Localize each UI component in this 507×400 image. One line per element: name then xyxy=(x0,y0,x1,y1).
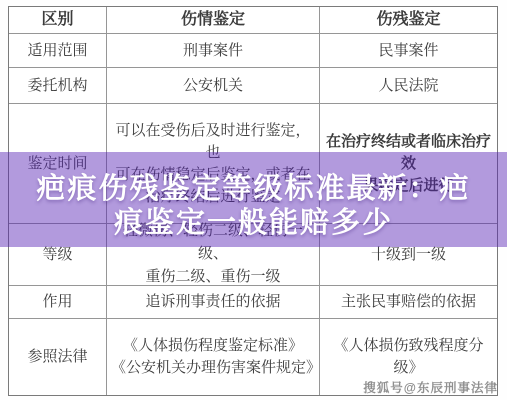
header-injury-assessment: 伤情鉴定 xyxy=(106,7,319,33)
header-disability-assessment: 伤残鉴定 xyxy=(319,7,497,33)
disability-role-cell: 主张民事赔偿的依据 xyxy=(319,286,497,318)
title-overlay-band: 疤痕伤残鉴定等级标准最新：疤 痕鉴定一般能赔多少 xyxy=(0,152,507,247)
disability-scope-cell: 民事案件 xyxy=(319,34,497,67)
table-row-agency: 委托机构 公安机关 人民法院 xyxy=(9,67,497,103)
header-difference: 区别 xyxy=(9,7,106,33)
injury-law-cell: 《人体损伤程度鉴定标准》 《公安机关办理伤害案件规定》 xyxy=(106,319,319,395)
injury-agency-cell: 公安机关 xyxy=(106,68,319,103)
table-row-role: 作用 追诉刑事责任的依据 主张民事赔偿的依据 xyxy=(9,285,497,318)
injury-scope-cell: 刑事案件 xyxy=(106,34,319,67)
page: 区别 伤情鉴定 伤残鉴定 适用范围 刑事案件 民事案件 委托机构 公安机关 人民… xyxy=(0,0,507,400)
watermark-sohu-account: 搜狐号@东辰刑事法律 xyxy=(363,378,498,396)
row-label-law: 参照法律 xyxy=(9,319,106,395)
injury-role-cell: 追诉刑事责任的依据 xyxy=(106,286,319,318)
disability-agency-cell: 人民法院 xyxy=(319,68,497,103)
article-title: 疤痕伤残鉴定等级标准最新：疤 痕鉴定一般能赔多少 xyxy=(36,172,470,247)
row-label-agency: 委托机构 xyxy=(9,68,106,103)
row-label-role: 作用 xyxy=(9,286,106,318)
table-row-scope: 适用范围 刑事案件 民事案件 xyxy=(9,33,497,67)
table-header-row: 区别 伤情鉴定 伤残鉴定 xyxy=(9,7,497,33)
row-label-scope: 适用范围 xyxy=(9,34,106,67)
